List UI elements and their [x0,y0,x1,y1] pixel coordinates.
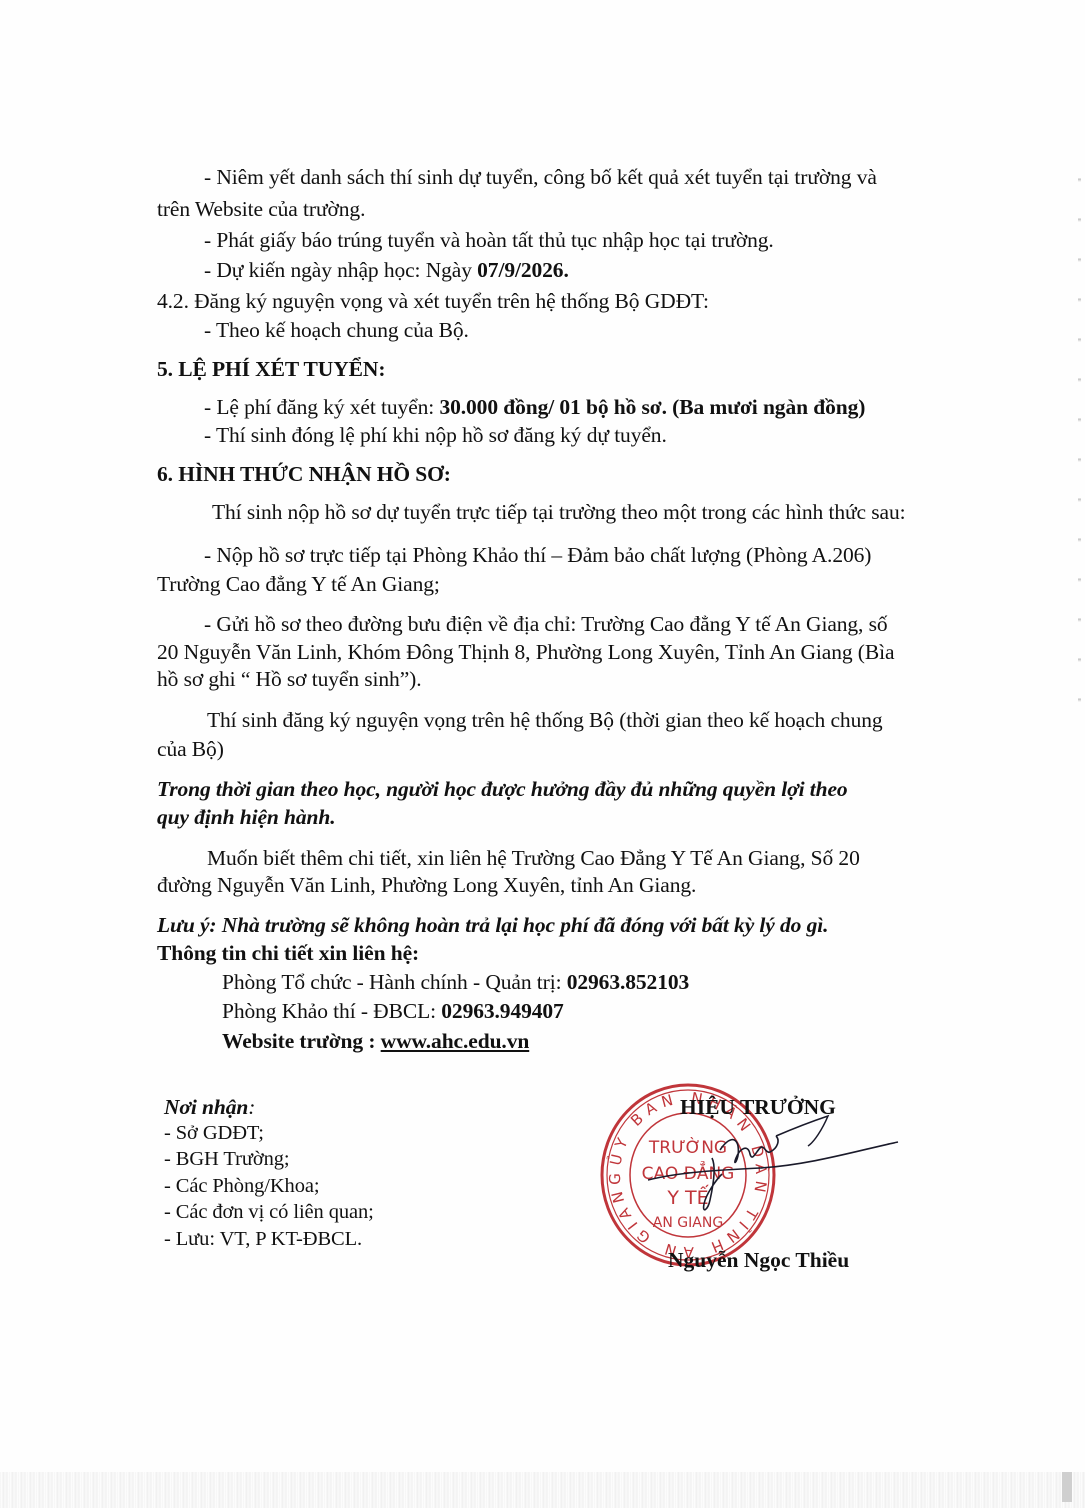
paragraph-admission-notice: - Phát giấy báo trúng tuyển và hoàn tất … [204,226,774,254]
recipient-item: - Các Phòng/Khoa; [164,1172,319,1200]
website-link[interactable]: www.ahc.edu.vn [381,1029,530,1053]
refund-note: Lưu ý: Nhà trường sẽ không hoàn trả lại … [157,911,828,939]
paragraph-enrollment-date: - Dự kiến ngày nhập học: Ngày 07/9/2026. [204,256,569,284]
enrollment-date: 07/9/2026. [477,258,569,282]
text-line: - Lệ phí đăng ký xét tuyển: [204,395,439,419]
paragraph-posting-list: - Niêm yết danh sách thí sinh dự tuyển, … [204,163,877,191]
signatory-name: Nguyễn Ngọc Thiều [668,1248,849,1273]
contact-heading: Thông tin chi tiết xin liên hệ: [157,939,419,967]
online-registration-line2: của Bộ) [157,735,224,763]
scan-bottom-noise [0,1472,1085,1508]
recipients-title: Nơi nhận: [164,1093,255,1121]
method-post-line3: hồ sơ ghi “ Hồ sơ tuyển sinh”). [157,665,421,693]
online-registration-line1: Thí sinh đăng ký nguyện vọng trên hệ thố… [207,706,883,734]
office-admin-phone: 02963.852103 [567,970,689,994]
recipient-item: - Sở GDĐT; [164,1119,264,1147]
text-line: - Dự kiến ngày nhập học: Ngày [204,258,477,282]
contact-office-admin: Phòng Tổ chức - Hành chính - Quản trị: 0… [222,968,689,996]
method-post-line2: 20 Nguyễn Văn Linh, Khóm Đông Thịnh 8, P… [157,638,894,666]
scan-corner-mark [1062,1472,1072,1502]
recipient-item: - Lưu: VT, P KT-ĐBCL. [164,1225,362,1253]
section-5-heading: 5. LỆ PHÍ XÉT TUYỂN: [157,355,385,383]
recipients-title-text: Nơi nhận [164,1095,248,1119]
office-label: Phòng Khảo thí - ĐBCL: [222,999,441,1023]
scan-edge-noise [1078,160,1081,720]
method-direct-line2: Trường Cao đẳng Y tế An Giang; [157,570,440,598]
office-exam-phone: 02963.949407 [441,999,563,1023]
contact-office-exam: Phòng Khảo thí - ĐBCL: 02963.949407 [222,997,564,1025]
contact-website: Website trường : www.ahc.edu.vn [222,1027,529,1055]
contact-intro-line2: đường Nguyễn Văn Linh, Phường Long Xuyên… [157,871,696,899]
contact-intro-line1: Muốn biết thêm chi tiết, xin liên hệ Trư… [207,844,860,872]
subsection-4-2-title: 4.2. Đăng ký nguyện vọng và xét tuyển tr… [157,287,709,315]
method-direct-line1: - Nộp hồ sơ trực tiếp tại Phòng Khảo thí… [204,541,871,569]
rights-note-line2: quy định hiện hành. [157,803,336,831]
method-post-line1: - Gửi hồ sơ theo đường bưu điện về địa c… [204,610,888,638]
document-page: - Niêm yết danh sách thí sinh dự tuyển, … [0,0,1085,1508]
website-label: Website trường : [222,1029,381,1053]
office-label: Phòng Tổ chức - Hành chính - Quản trị: [222,970,567,994]
recipient-item: - BGH Trường; [164,1145,289,1173]
payment-note: - Thí sinh đóng lệ phí khi nộp hồ sơ đăn… [204,421,667,449]
text-line: - Niêm yết danh sách thí sinh dự tuyển, … [204,165,877,189]
text-line: trên Website của trường. [157,195,365,223]
fee-line: - Lệ phí đăng ký xét tuyển: 30.000 đồng/… [204,393,865,421]
subsection-4-2-item: - Theo kế hoạch chung của Bộ. [204,316,469,344]
rights-note-line1: Trong thời gian theo học, người học được… [157,775,848,803]
fee-amount: 30.000 đồng/ 01 bộ hồ sơ. (Ba mươi ngàn … [439,395,865,419]
recipients-colon: : [248,1095,255,1119]
recipient-item: - Các đơn vị có liên quan; [164,1198,374,1226]
submission-intro: Thí sinh nộp hồ sơ dự tuyển trực tiếp tạ… [212,498,906,526]
section-6-heading: 6. HÌNH THỨC NHẬN HỒ SƠ: [157,460,451,488]
handwritten-signature-icon [640,1110,900,1230]
